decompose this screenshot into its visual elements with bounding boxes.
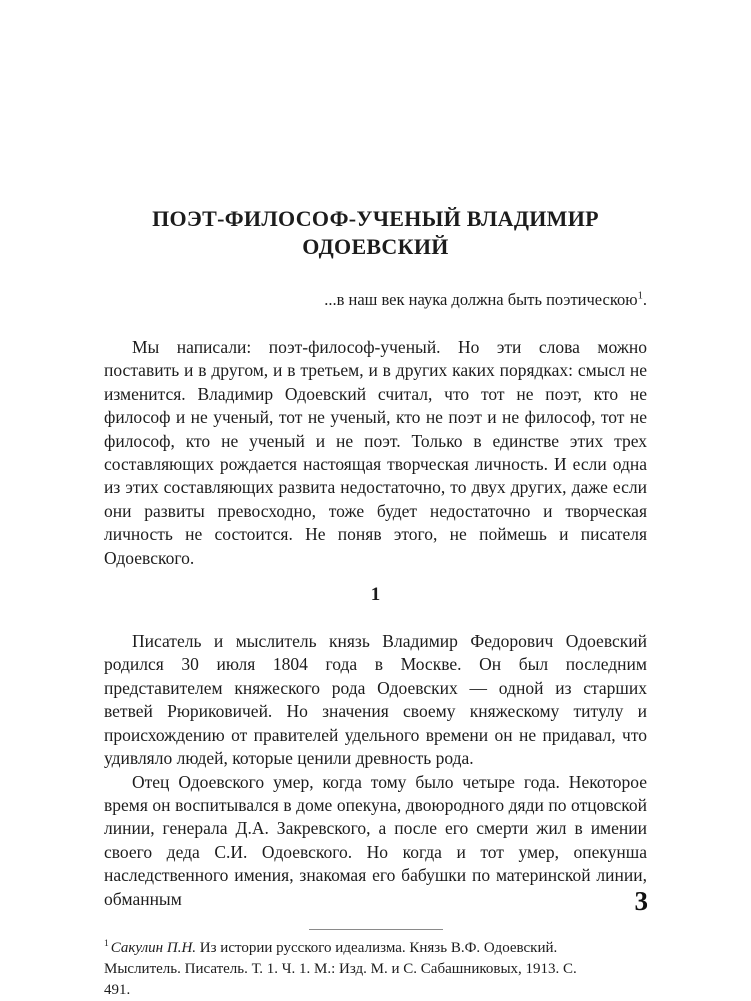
epigraph-text: ...в наш век наука должна быть поэтическ…: [324, 290, 637, 309]
chapter-title: ПОЭТ-ФИЛОСОФ-УЧЕНЫЙ ВЛАДИМИР ОДОЕВСКИЙ: [104, 205, 647, 261]
epigraph-suffix: .: [643, 290, 647, 309]
footnote-marker: 1: [104, 939, 109, 949]
book-page: ПОЭТ-ФИЛОСОФ-УЧЕНЫЙ ВЛАДИМИР ОДОЕВСКИЙ .…: [0, 0, 751, 1001]
footnote-divider: [309, 929, 443, 930]
section-paragraph: Писатель и мыслитель князь Владимир Федо…: [104, 630, 647, 770]
footnote: 1Сакулин П.Н. Из истории русского идеали…: [104, 938, 584, 1001]
footnote-author: Сакулин П.Н.: [111, 940, 196, 956]
intro-paragraph: Мы написали: поэт-философ-ученый. Но эти…: [104, 336, 647, 570]
page-number: 3: [635, 886, 649, 916]
epigraph: ...в наш век наука должна быть поэтическ…: [104, 289, 647, 310]
section-number: 1: [104, 583, 647, 607]
section-paragraph: Отец Одоевского умер, когда тому было че…: [104, 771, 647, 911]
